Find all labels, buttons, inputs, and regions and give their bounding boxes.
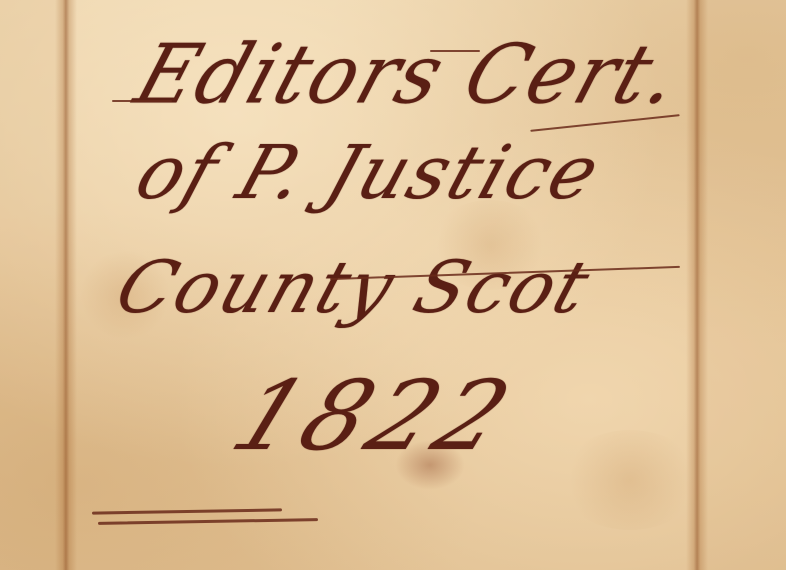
right-panel [697,0,786,570]
ink-blot [395,440,465,490]
docket-line-title: Editors Cert. [125,28,693,123]
water-stain [560,430,700,530]
title-underline-flourish [112,100,172,102]
title-overline-flourish [430,50,480,52]
docket-line-subject: of P. Justice [126,130,611,216]
left-fold-line [55,0,77,570]
closing-underline-1 [92,508,282,514]
docket-line-year: 1822 [217,360,531,472]
parchment-docket: Editors Cert. of P. Justice County Scot … [0,0,786,570]
docket-line-county: County Scot [106,245,601,329]
closing-underline-2 [98,518,318,525]
